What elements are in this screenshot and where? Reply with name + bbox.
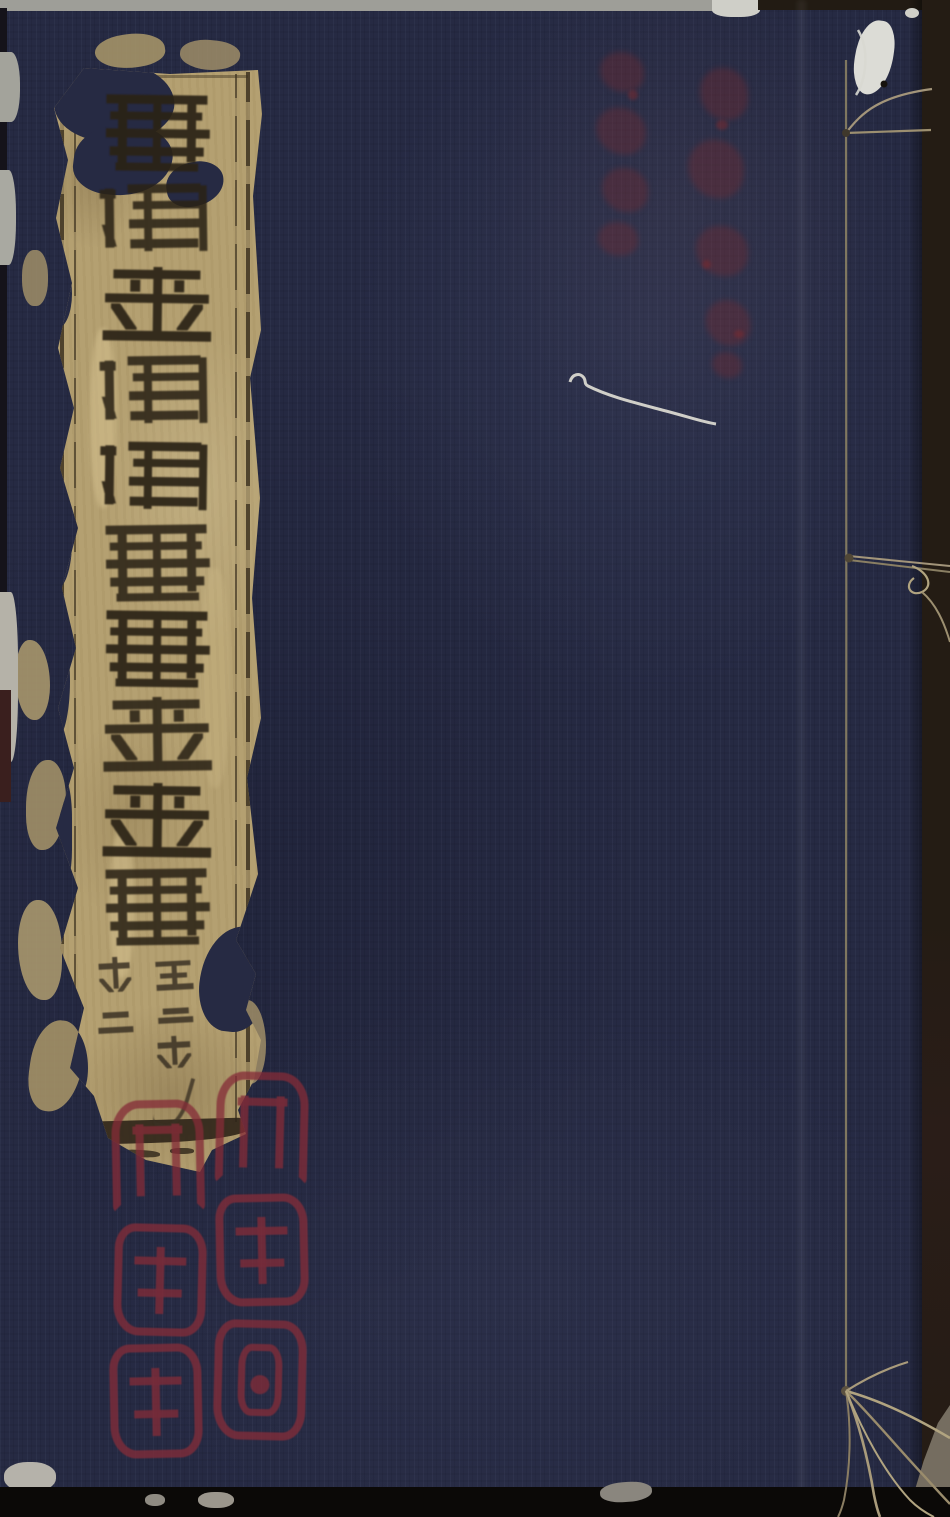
ink-smudge bbox=[700, 68, 748, 120]
scan-edge-left bbox=[0, 8, 7, 698]
corner-white-patch bbox=[850, 18, 898, 98]
corner-thread-top bbox=[856, 30, 865, 95]
title-char-5: 浦 bbox=[97, 435, 216, 517]
label-border-right-outer bbox=[246, 72, 250, 1126]
left-edge-grey-patch bbox=[4, 1462, 56, 1492]
binding-thread-mid-2 bbox=[849, 560, 950, 572]
seal-char-2: 海 bbox=[213, 1191, 311, 1309]
ink-smudge bbox=[712, 352, 742, 378]
binding-thread-mid-loop bbox=[909, 566, 928, 593]
volume-note-left-char-2: 上 bbox=[95, 1001, 137, 1043]
ink-smudge bbox=[602, 168, 648, 212]
binding-thread-mid-tail bbox=[922, 592, 950, 642]
right-edge-shadow bbox=[908, 0, 922, 1517]
binding-thread-top-diagonal bbox=[846, 89, 932, 133]
corner-background-wedge bbox=[895, 1405, 950, 1505]
label-damage bbox=[40, 498, 72, 590]
label-fragment bbox=[18, 900, 62, 1000]
title-char-1: 遷 bbox=[97, 91, 216, 173]
tassel-thread-6 bbox=[846, 1391, 934, 1517]
cover-fold-highlight bbox=[797, 0, 806, 1517]
label-damage bbox=[42, 256, 72, 328]
seal-char-6: 藏 bbox=[107, 1341, 205, 1461]
label-border-left-inner bbox=[74, 78, 76, 1128]
ink-dot bbox=[702, 260, 711, 269]
volume-note-right-char-2: 二 bbox=[155, 1001, 196, 1029]
binding-thread-mid-1 bbox=[849, 556, 950, 566]
scan-strip-right bbox=[922, 0, 950, 1517]
faded-inscription bbox=[580, 40, 780, 380]
ink-dot bbox=[628, 90, 638, 100]
binding-thread-top-horizontal bbox=[846, 130, 931, 133]
seal-char-5: 館 bbox=[111, 1221, 210, 1339]
tassel-thread-2 bbox=[846, 1391, 950, 1438]
title-char-6: 陽 bbox=[97, 521, 216, 603]
ink-smudge bbox=[596, 220, 639, 258]
label-fragment bbox=[16, 640, 50, 720]
scratch-thread bbox=[570, 375, 716, 424]
photo-book-cover: 遷 潤 重 修 浦 陽 戴 氏 宗 譜 共 二 本 卷 上 上 海 圖 書 館 … bbox=[0, 0, 950, 1517]
binding-thread-vertical bbox=[845, 60, 846, 1391]
scan-edge-bottom bbox=[0, 1487, 950, 1517]
seal-char-4: 書 bbox=[109, 1097, 207, 1215]
label-fragment bbox=[93, 29, 167, 72]
left-edge-grey-patch bbox=[0, 52, 20, 122]
title-char-10: 譜 bbox=[97, 865, 216, 947]
label-fragment bbox=[22, 250, 48, 306]
binding-knot-bottom bbox=[841, 1386, 851, 1396]
scan-edge-top-bright bbox=[712, 0, 760, 17]
title-char-4: 修 bbox=[97, 349, 216, 431]
title-char-3: 重 bbox=[97, 263, 216, 345]
ink-smudge bbox=[686, 138, 747, 201]
ink-smudge bbox=[593, 105, 649, 158]
scan-edge-top-right bbox=[758, 0, 950, 10]
left-edge-grey-patch bbox=[0, 592, 18, 762]
binding-knot-top bbox=[842, 129, 850, 137]
label-damage bbox=[44, 1024, 88, 1108]
ink-smudge bbox=[600, 52, 644, 92]
label-border-top bbox=[84, 75, 248, 78]
volume-note-right-char-1: 共 bbox=[151, 955, 197, 995]
bottom-edge-grey-bit bbox=[198, 1492, 234, 1508]
volume-note-left-char-1: 卷 bbox=[93, 951, 137, 997]
left-edge-maroon-strip bbox=[0, 690, 11, 802]
ink-smudge bbox=[703, 297, 752, 348]
label-border-right-inner bbox=[235, 74, 237, 1122]
left-edge-grey-patch bbox=[0, 170, 16, 265]
seal-char-3: 圖 bbox=[210, 1317, 309, 1443]
tassel-thread-5 bbox=[838, 1391, 850, 1517]
binding-knot-mid bbox=[845, 554, 854, 563]
label-damage bbox=[42, 628, 70, 740]
scan-edge-top bbox=[0, 0, 758, 11]
label-border-left-outer bbox=[60, 76, 64, 1136]
tassel-thread-1 bbox=[846, 1362, 908, 1391]
ink-dot bbox=[716, 120, 728, 130]
title-label: 遷 潤 重 修 浦 陽 戴 氏 宗 譜 共 二 本 卷 上 bbox=[50, 68, 262, 1172]
ink-dot bbox=[734, 330, 744, 338]
binding-hole bbox=[881, 81, 888, 88]
label-fragment bbox=[179, 37, 242, 73]
tassel-thread-4 bbox=[846, 1391, 880, 1517]
title-char-8: 氏 bbox=[97, 693, 216, 775]
title-char-2: 潤 bbox=[97, 177, 216, 259]
title-char-7: 戴 bbox=[97, 607, 216, 689]
corner-white-dot bbox=[905, 8, 919, 18]
seal-char-1: 上 bbox=[213, 1069, 312, 1187]
tassel-thread-3 bbox=[846, 1391, 950, 1504]
volume-note-right-char-3: 本 bbox=[151, 1031, 197, 1073]
bottom-edge-grey-bit bbox=[599, 1480, 652, 1504]
label-damage bbox=[40, 770, 72, 892]
bottom-edge-grey-bit bbox=[145, 1494, 165, 1506]
title-char-9: 宗 bbox=[97, 779, 216, 861]
collection-seal: 上 海 圖 書 館 藏 bbox=[92, 1068, 322, 1460]
